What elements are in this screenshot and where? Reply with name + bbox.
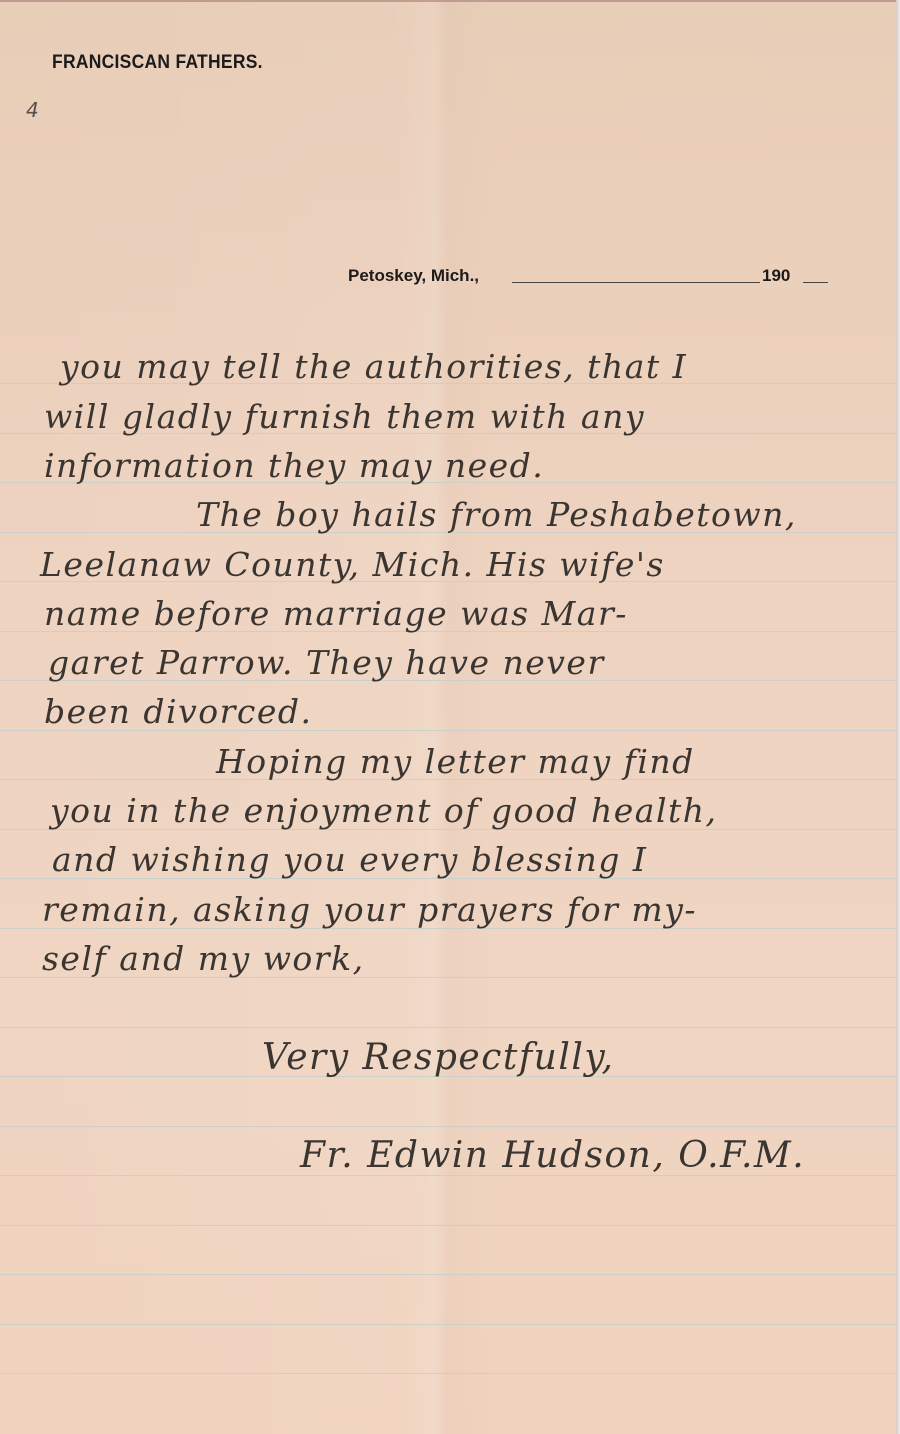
page-number: 4 [26,98,39,122]
body-line: remain, asking your prayers for my- [42,893,697,926]
body-line: you may tell the authorities, that I [60,350,687,383]
date-blank-line [512,282,760,283]
body-line: name before marriage was Mar- [44,597,628,630]
year-blank-line [803,282,828,283]
body-line: self and my work, [42,942,365,975]
body-line: garet Parrow. They have never [48,646,605,679]
dateline-year: 190 [762,266,790,286]
ruled-line [0,1373,896,1374]
letterhead-organization: FRANCISCAN FATHERS. [52,52,263,74]
body-line: The boy hails from Peshabetown, [196,498,797,531]
signature: Fr. Edwin Hudson, O.F.M. [300,1138,805,1174]
dateline-place: Petoskey, Mich., [348,266,479,286]
body-line: Leelanaw County, Mich. His wife's [40,548,665,581]
dateline: Petoskey, Mich., 190 [348,266,848,290]
body-line: you in the enjoyment of good health, [50,794,718,827]
scan-top-edge [0,0,900,2]
scan-right-edge [896,0,900,1434]
valediction: Very Respectfully, [262,1040,614,1076]
body-line: and wishing you every blessing I [52,843,647,876]
ruled-line [0,1274,896,1275]
ruled-line [0,1126,896,1127]
body-line: will gladly furnish them with any [44,400,645,433]
body-line: been divorced. [44,695,313,728]
ruled-line [0,1225,896,1226]
ruled-line [0,1324,896,1325]
body-line: information they may need. [44,449,544,482]
ruled-line [0,1027,896,1028]
body-line: Hoping my letter may find [216,745,695,778]
